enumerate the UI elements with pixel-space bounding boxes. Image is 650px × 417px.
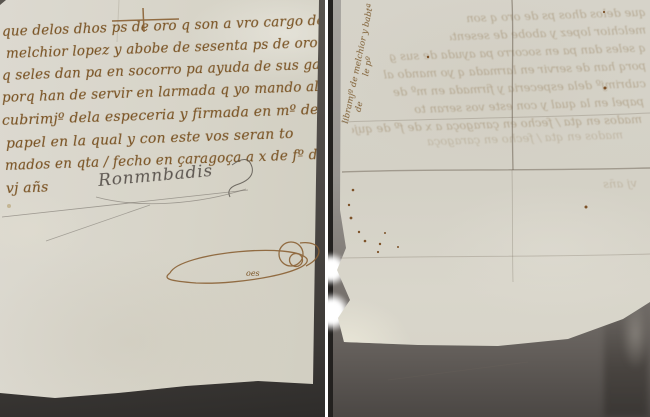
paper-verso: que delos dhos ps de oro q son a vro car… [328,0,650,417]
photo-edge-shadow [328,0,333,417]
paper-recto: que delos dhos ps de oro q son a vro car… [0,0,325,417]
manuscript-line-date: vj añs [6,180,49,197]
scratch-mark [388,362,528,380]
docket-line: de [354,101,366,113]
photo-verso: que delos dhos ps de oro q son a vro car… [328,0,650,417]
manuscript-photo-pair: que delos dhos ps de oro q son a vro car… [0,0,650,417]
photo-recto: que delos dhos ps de oro q son a vro car… [0,0,325,417]
ink-showthrough: melchior lopez y abobe de sesenta ps de … [450,23,646,44]
manuscript-line: cubrimjº dela especeria y firmada en mº … [2,102,319,129]
manuscript-line: papel en la qual y con este vos seran to [6,126,294,152]
ink-showthrough: vj añs [571,176,637,192]
ink-showthrough: que delos dhos ps de oro q son a vro car… [466,5,646,25]
